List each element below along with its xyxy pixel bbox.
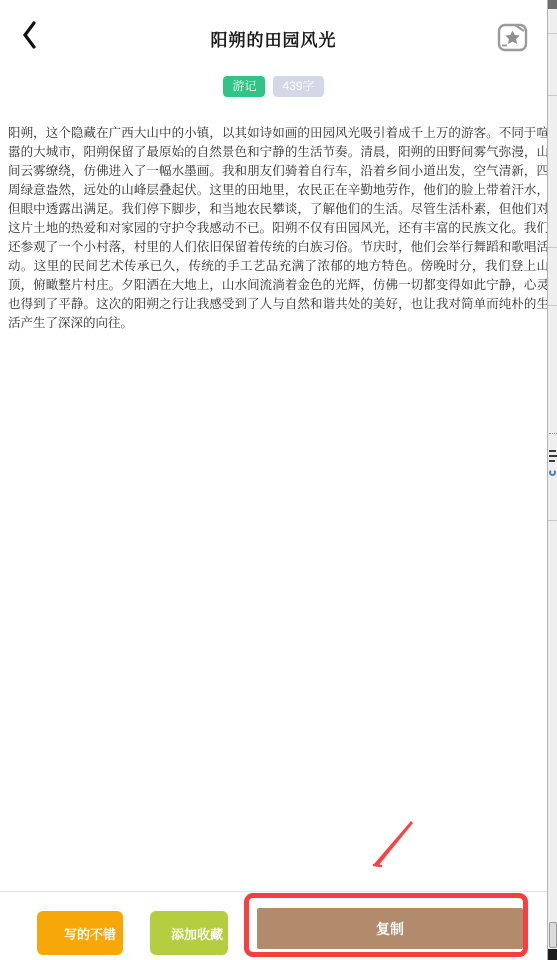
sliver-bottom-cap	[548, 949, 557, 960]
sliver-rule	[548, 520, 557, 521]
header: 阳朔的田园风光	[0, 0, 547, 62]
sliver-blue-icon	[549, 469, 556, 476]
tag-row: 游记 439字	[0, 76, 547, 97]
app-screen: 阳朔的田园风光 游记 439字 阳朔，这个隐藏在广西大山中的小镇，以其如诗如画的…	[0, 0, 557, 960]
add-favorite-button[interactable]: 添加收藏	[150, 911, 228, 955]
page-title: 阳朔的田园风光	[0, 26, 547, 51]
collect-button[interactable]	[497, 22, 528, 53]
sliver-rule	[548, 305, 557, 306]
sliver-text-mark	[549, 460, 555, 462]
sliver-text-mark	[549, 455, 557, 457]
like-button[interactable]: 写的不错	[37, 911, 123, 955]
category-badge: 游记	[223, 76, 265, 97]
wordcount-badge: 439字	[273, 76, 323, 97]
article-body: 阳朔，这个隐藏在广西大山中的小镇，以其如诗如画的田园风光吸引着成千上万的游客。不…	[8, 124, 549, 333]
copy-button[interactable]: 复制	[257, 908, 523, 949]
sliver-dotted-rule	[549, 433, 557, 434]
sliver-rule	[548, 95, 557, 96]
annotation-arrow	[350, 808, 440, 888]
sliver-rule	[548, 247, 557, 248]
sliver-top-cap	[548, 0, 557, 9]
sliver-scrollbar-thumb[interactable]	[549, 922, 557, 948]
sliver-text-mark	[549, 450, 556, 452]
sliver-rule	[548, 33, 557, 34]
star-folder-icon	[497, 40, 528, 57]
background-window-sliver	[547, 0, 557, 960]
